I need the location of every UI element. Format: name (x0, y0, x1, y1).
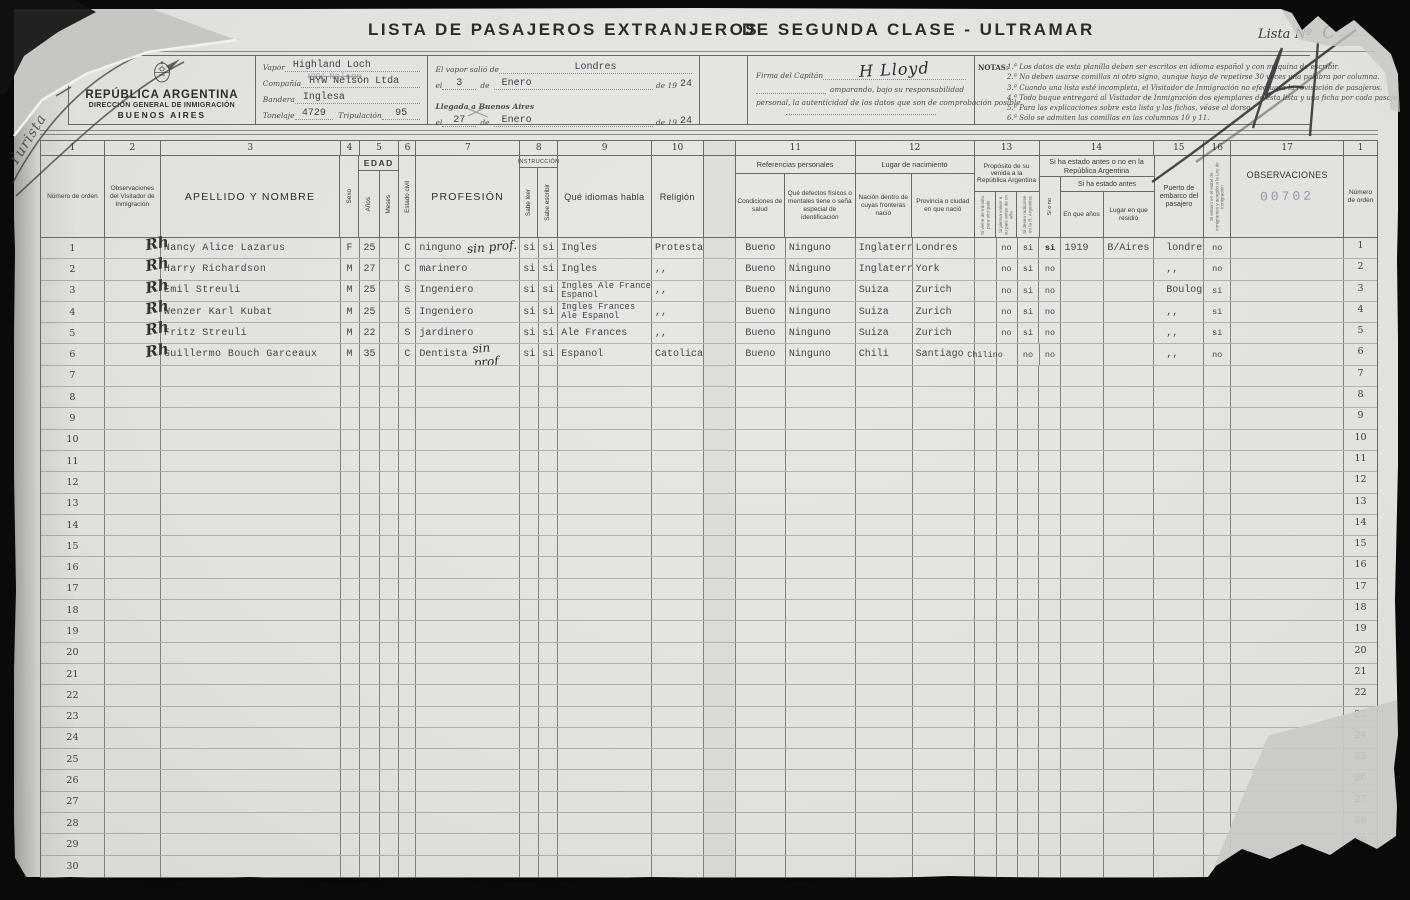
cell-sexo (341, 600, 360, 620)
cell-leer (520, 430, 539, 450)
cell-meses (380, 600, 399, 620)
cell-puerto: Boulogne (1154, 281, 1204, 301)
captain-text-2: personal, la autenticidad de los datos q… (756, 98, 966, 107)
cell-idiomas (558, 685, 652, 705)
cell-en_anos (1061, 685, 1104, 705)
cell-fold (704, 728, 736, 748)
cell-religion (652, 770, 704, 790)
handwritten-check-mark: Rh (144, 275, 170, 297)
cell-anos (360, 621, 381, 641)
cell-idiomas (558, 557, 652, 577)
cell-c13b (997, 770, 1018, 790)
table-row: 2727 (41, 792, 1377, 813)
cell-obs (105, 834, 161, 854)
cell-name (161, 600, 341, 620)
cell-sino (1039, 770, 1061, 790)
cell-name (161, 728, 341, 748)
tripulacion-value: 95 (395, 108, 407, 119)
cell-sexo (341, 643, 360, 663)
cell-salud (736, 749, 786, 769)
cell-idiomas (558, 643, 652, 663)
cell-obs (105, 494, 161, 514)
cell-idiomas (558, 472, 652, 492)
cell-idiomas (558, 770, 652, 790)
cell-prof (416, 387, 520, 407)
cell-obs17 (1231, 408, 1344, 428)
table-row: 6RhGuillermo Bouch GarceauxM35CDentistas… (41, 344, 1377, 365)
cell-defectos (786, 856, 856, 877)
cell-c13a (975, 813, 997, 833)
column-number: 6 (399, 141, 416, 155)
cell-sino (1039, 600, 1061, 620)
cell-c13b (997, 621, 1018, 641)
cell-provincia (913, 643, 975, 663)
cell-en_anos (1061, 600, 1104, 620)
cell-lugar (1104, 387, 1154, 407)
cell-salud (736, 408, 786, 428)
table-row: 1616 (41, 557, 1377, 578)
cell-en_anos (1061, 366, 1104, 386)
passenger-table: 12345678910111213141516171 Número de ord… (40, 140, 1378, 878)
cell-c16 (1204, 834, 1231, 854)
cell-c13c (1018, 557, 1040, 577)
cell-provincia (913, 856, 975, 877)
cell-meses (380, 749, 399, 769)
cell-defectos (786, 792, 856, 812)
cell-n2: 2 (1344, 259, 1377, 279)
cell-c16 (1204, 579, 1231, 599)
cell-meses (380, 621, 399, 641)
cell-escribir (539, 813, 558, 833)
cell-n2: 12 (1344, 472, 1377, 492)
cell-sino (1039, 387, 1061, 407)
cell-defectos (786, 472, 856, 492)
cell-provincia: York (913, 259, 975, 279)
cell-estado: S (399, 281, 416, 301)
cell-leer (520, 728, 539, 748)
cell-lugar (1104, 451, 1154, 471)
cell-meses (380, 792, 399, 812)
header-defectos: Qué defectos físicos o mentales tiene o … (785, 174, 854, 237)
cell-c13c (1018, 770, 1040, 790)
cell-meses (380, 238, 399, 258)
cell-sino (1039, 366, 1061, 386)
cell-leer (520, 494, 539, 514)
cell-religion (652, 408, 704, 428)
cell-salud (736, 579, 786, 599)
cell-sino (1039, 728, 1061, 748)
cell-obs17 (1231, 344, 1344, 364)
cell-name (161, 621, 341, 641)
cell-religion: ,, (652, 259, 704, 279)
tonelaje-label: Tonelaje (263, 111, 295, 120)
llegada-year: 24 (680, 116, 692, 127)
cell-n: 25 (41, 749, 105, 769)
cell-n2: 19 (1344, 621, 1377, 641)
cell-obs (105, 813, 161, 833)
cell-escribir: si (539, 259, 558, 279)
cell-religion: ,, (652, 281, 704, 301)
cell-c13c (1018, 749, 1040, 769)
cell-fold (704, 238, 736, 258)
cell-sexo (341, 494, 360, 514)
cell-salud (736, 557, 786, 577)
cell-fold (704, 387, 736, 407)
cell-en_anos (1061, 494, 1104, 514)
cell-obs17 (1231, 536, 1344, 556)
cell-n: 7 (41, 366, 105, 386)
cell-n: 23 (41, 707, 105, 727)
cell-leer: si (520, 238, 539, 258)
cell-obs17 (1231, 792, 1344, 812)
cell-c13b (997, 451, 1018, 471)
cell-idiomas (558, 707, 652, 727)
cell-puerto (1154, 685, 1204, 705)
cell-en_anos (1061, 408, 1104, 428)
cell-religion (652, 792, 704, 812)
cell-prof (416, 707, 520, 727)
cell-lugar (1104, 664, 1154, 684)
cell-leer (520, 856, 539, 877)
cell-idiomas (558, 366, 652, 386)
table-row: 2626 (41, 770, 1377, 791)
cell-provincia (913, 685, 975, 705)
cell-provincia: Zurich (913, 323, 975, 343)
cell-puerto (1154, 749, 1204, 769)
cell-estado (399, 728, 416, 748)
column-number: 15 (1154, 141, 1204, 155)
org-name: REPÚBLICA ARGENTINA (85, 89, 238, 101)
captain-signature: H Lloyd (859, 58, 931, 81)
cell-escribir (539, 494, 558, 514)
cell-c13a (975, 472, 997, 492)
cell-lugar (1104, 685, 1154, 705)
cell-obs (105, 707, 161, 727)
header-observaciones-visitador: Observaciones del Visitador de Inmigraci… (105, 185, 160, 209)
cell-nacion (856, 643, 913, 663)
cell-c16: si (1204, 281, 1231, 301)
column-number: 12 (856, 141, 975, 155)
cell-estado (399, 685, 416, 705)
cell-provincia (913, 749, 975, 769)
cell-obs17 (1231, 749, 1344, 769)
cell-c16 (1204, 621, 1231, 641)
cell-obs: Rh (105, 344, 161, 364)
cell-fold (704, 813, 736, 833)
cell-meses (380, 472, 399, 492)
cell-name (161, 685, 341, 705)
cell-defectos (786, 749, 856, 769)
cell-c13a (975, 557, 997, 577)
cell-puerto (1154, 387, 1204, 407)
cell-fold (704, 749, 736, 769)
cell-idiomas (558, 728, 652, 748)
cell-estado (399, 494, 416, 514)
cell-anos (360, 515, 381, 535)
cell-c16 (1204, 515, 1231, 535)
cell-prof (416, 515, 520, 535)
page-title-left: LISTA DE PASAJEROS EXTRANJEROS (368, 20, 759, 40)
cell-en_anos (1061, 302, 1104, 322)
cell-idiomas (558, 430, 652, 450)
cell-c13c: si (1018, 238, 1040, 258)
table-row: 3RhEmil StreuliM25SIngenierosisiIngles A… (41, 281, 1377, 302)
org-department: DIRECCIÓN GENERAL DE INMIGRACIÓN (89, 102, 235, 109)
cell-anos (360, 664, 381, 684)
cell-defectos (786, 621, 856, 641)
cell-meses (380, 451, 399, 471)
cell-escribir (539, 430, 558, 450)
cell-c16 (1204, 451, 1231, 471)
header-lugar-residio: Lugar en que residió (1104, 192, 1154, 237)
cell-defectos (786, 579, 856, 599)
cell-estado: S (399, 302, 416, 322)
cell-religion (652, 643, 704, 663)
cell-anos: 25 (360, 302, 381, 322)
column-number: 17 (1231, 141, 1344, 155)
cell-anos (360, 643, 381, 663)
cell-puerto (1154, 494, 1204, 514)
header-condiciones-salud: Condiciones de salud (736, 174, 786, 237)
cell-provincia (913, 515, 975, 535)
cell-sino (1039, 430, 1061, 450)
cell-salud (736, 685, 786, 705)
cell-sino (1039, 749, 1061, 769)
cell-religion (652, 707, 704, 727)
cell-n2: 23 (1344, 707, 1377, 727)
cell-anos (360, 728, 381, 748)
cell-anos: 35 (360, 344, 381, 364)
column-number: 16 (1204, 141, 1231, 155)
cell-c16: no (1204, 344, 1231, 364)
cell-sexo (341, 621, 360, 641)
cell-n2: 25 (1344, 749, 1377, 769)
cell-salud (736, 770, 786, 790)
cell-name (161, 834, 341, 854)
cell-c13b (997, 834, 1018, 854)
header-fold-column (704, 156, 736, 237)
cell-anos: 25 (360, 281, 381, 301)
cell-obs17 (1231, 707, 1344, 727)
lista-number: Lista Nº C (1258, 23, 1373, 43)
page-title-right: DE SEGUNDA CLASE - ULTRAMAR (742, 20, 1095, 40)
cell-lugar (1104, 813, 1154, 833)
cell-nacion: Chili (856, 344, 913, 364)
cell-idiomas (558, 621, 652, 641)
cell-obs17 (1231, 494, 1344, 514)
cell-c13c (1018, 834, 1040, 854)
cell-c13b (997, 707, 1018, 727)
cell-name: Wenzer Karl Kubat (161, 302, 341, 322)
cell-nacion: Suiza (856, 281, 913, 301)
cell-en_anos: 1919 (1061, 238, 1104, 258)
cell-fold (704, 856, 736, 877)
cell-idiomas (558, 813, 652, 833)
header-sabe-escribir: Sabe escribir (544, 184, 551, 221)
cell-c13b (997, 472, 1018, 492)
cell-anos (360, 557, 381, 577)
cell-religion: Protestante (652, 238, 704, 258)
cell-sino (1039, 643, 1061, 663)
cell-religion (652, 557, 704, 577)
cell-name (161, 387, 341, 407)
cell-c13b (997, 366, 1018, 386)
cell-n2: 3 (1344, 281, 1377, 301)
cell-defectos (786, 834, 856, 854)
cell-c13b (997, 664, 1018, 684)
cell-religion: ,, (652, 302, 704, 322)
cell-lugar (1104, 430, 1154, 450)
cell-prof (416, 834, 520, 854)
cell-c13c (1018, 664, 1040, 684)
cell-puerto (1154, 707, 1204, 727)
salio-month: Enero (502, 78, 532, 89)
cell-prof (416, 408, 520, 428)
cell-name (161, 707, 341, 727)
cell-fold (704, 259, 736, 279)
cell-nacion (856, 430, 913, 450)
header-provincia: Provincia o ciudad en que nació (912, 174, 973, 237)
table-row: 1RhNancy Alice LazarusF25Cningunosin pro… (41, 238, 1377, 259)
cell-leer (520, 643, 539, 663)
cell-salud (736, 643, 786, 663)
cell-fold (704, 515, 736, 535)
cell-c13c (1018, 579, 1040, 599)
cell-salud (736, 366, 786, 386)
cell-escribir (539, 408, 558, 428)
cell-leer (520, 557, 539, 577)
cell-name (161, 366, 341, 386)
cell-provincia (913, 664, 975, 684)
cell-prof (416, 643, 520, 663)
cell-nacion (856, 472, 913, 492)
handwritten-profession-note: sin prof. (467, 238, 518, 256)
cell-n: 28 (41, 813, 105, 833)
cell-prof (416, 536, 520, 556)
cell-sino (1039, 579, 1061, 599)
cell-estado (399, 579, 416, 599)
cell-n2: 13 (1344, 494, 1377, 514)
cell-sino: no (1039, 259, 1061, 279)
cell-n2: 11 (1344, 451, 1377, 471)
cell-c16 (1204, 408, 1231, 428)
cell-en_anos (1061, 472, 1104, 492)
note-item: 4.ª Todo buque entregará al Visitador de… (1007, 93, 1306, 103)
cell-en_anos (1061, 344, 1104, 364)
cell-obs17 (1231, 621, 1344, 641)
cell-obs (105, 408, 161, 428)
notes-list: 1.ª Los datos de esta planilla deben ser… (1007, 62, 1306, 124)
form-header-band: REPÚBLICA ARGENTINA DIRECCIÓN GENERAL DE… (68, 55, 1310, 125)
table-row: 2RhHarry RichardsonM27CmarinerosisiIngle… (41, 259, 1377, 280)
cell-obs17 (1231, 281, 1344, 301)
header-si-ha-estado: Si ha estado antes (1061, 177, 1154, 192)
cell-c13b (997, 557, 1018, 577)
cell-c13b (997, 430, 1018, 450)
cell-en_anos (1061, 387, 1104, 407)
de19-label-2: de 19 (656, 118, 677, 127)
cell-prof: Ingeniero (416, 281, 520, 301)
cell-idiomas (558, 834, 652, 854)
cell-meses (380, 494, 399, 514)
cell-puerto (1154, 557, 1204, 577)
cell-n2: 8 (1344, 387, 1377, 407)
cell-estado (399, 600, 416, 620)
cell-nacion (856, 451, 913, 471)
cell-anos (360, 430, 381, 450)
handwritten-profession-note: sin prof (472, 344, 520, 364)
cell-sino (1039, 472, 1061, 492)
cell-sino (1039, 664, 1061, 684)
cell-lugar (1104, 366, 1154, 386)
cell-c16: no (1204, 259, 1231, 279)
de-label-2: de (480, 118, 489, 127)
cell-c13b: no (997, 238, 1018, 258)
cell-defectos (786, 813, 856, 833)
cell-sexo (341, 770, 360, 790)
cell-fold (704, 430, 736, 450)
cell-lugar (1104, 323, 1154, 343)
cell-salud (736, 600, 786, 620)
cell-obs (105, 536, 161, 556)
cell-sexo: M (341, 323, 360, 343)
cell-n: 9 (41, 408, 105, 428)
cell-c16 (1204, 728, 1231, 748)
cell-n2: 20 (1344, 643, 1377, 663)
cell-sexo (341, 749, 360, 769)
cell-anos: 27 (360, 259, 381, 279)
cell-prof: ningunosin prof. (416, 238, 520, 258)
cell-prof (416, 770, 520, 790)
cell-sexo: M (341, 344, 360, 364)
cell-lugar (1104, 579, 1154, 599)
cell-defectos: Ninguno (786, 302, 856, 322)
cell-sino (1039, 813, 1061, 833)
cell-salud: Bueno (736, 344, 786, 364)
cell-fold (704, 451, 736, 471)
cell-meses (380, 813, 399, 833)
cell-sexo (341, 472, 360, 492)
cell-defectos (786, 494, 856, 514)
cell-lugar (1104, 536, 1154, 556)
cell-escribir (539, 685, 558, 705)
column-number (704, 141, 736, 155)
cell-sino (1039, 557, 1061, 577)
cell-c13b (997, 515, 1018, 535)
cell-nacion (856, 707, 913, 727)
llegada-label: Llegada a Buenos Aires (435, 102, 534, 111)
cell-leer (520, 834, 539, 854)
cell-nacion: Suiza (856, 302, 913, 322)
cell-c13a (975, 259, 997, 279)
cell-c13a (975, 749, 997, 769)
cell-obs17 (1231, 238, 1344, 258)
cell-c16 (1204, 770, 1231, 790)
cell-religion (652, 387, 704, 407)
cell-escribir: si (539, 344, 558, 364)
cell-religion (652, 494, 704, 514)
cell-obs17 (1231, 430, 1344, 450)
cell-leer (520, 472, 539, 492)
cell-estado (399, 707, 416, 727)
header-numero-orden: Número de orden (44, 193, 101, 201)
cell-defectos (786, 451, 856, 471)
cell-c13b (997, 856, 1018, 877)
header-sexo: Sexo (346, 189, 353, 203)
cell-c13c (1018, 728, 1040, 748)
cell-fold (704, 834, 736, 854)
cell-escribir: si (539, 302, 558, 322)
